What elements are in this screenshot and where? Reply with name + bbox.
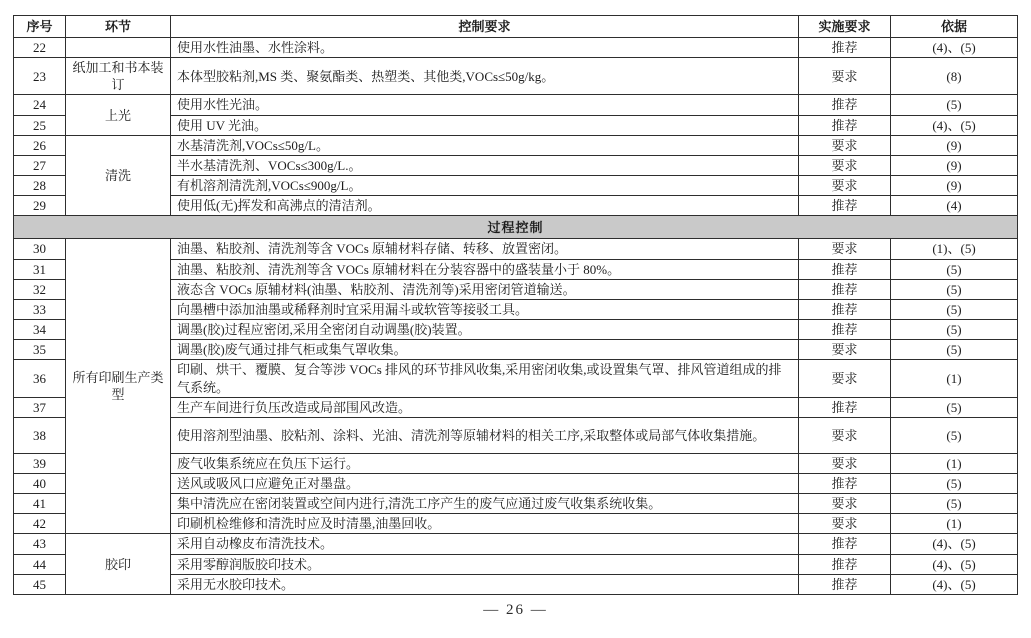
control-requirement-cell: 印刷、烘干、覆膜、复合等涉 VOCs 排风的环节排风收集,采用密闭收集,或设置集… (171, 360, 799, 397)
implementation-cell: 推荐 (799, 534, 891, 554)
control-requirement-cell: 采用无水胶印技术。 (171, 574, 799, 594)
control-requirement-cell: 使用水性油墨、水性涂料。 (171, 38, 799, 58)
implementation-cell: 推荐 (799, 279, 891, 299)
implementation-cell: 推荐 (799, 259, 891, 279)
control-requirement-cell: 使用溶剂型油墨、胶粘剂、涂料、光油、清洗剂等原辅材料的相关工序,采取整体或局部气… (171, 417, 799, 453)
control-requirement-cell: 使用水性光油。 (171, 95, 799, 115)
control-requirement-cell: 油墨、粘胶剂、清洗剂等含 VOCs 原辅材料存储、转移、放置密闭。 (171, 239, 799, 259)
implementation-cell: 推荐 (799, 95, 891, 115)
row-number-cell: 38 (14, 417, 66, 453)
row-number-cell: 22 (14, 38, 66, 58)
row-number-cell: 31 (14, 259, 66, 279)
header-row: 序号 环节 控制要求 实施要求 依据 (14, 16, 1018, 38)
control-requirement-cell: 油墨、粘胶剂、清洗剂等含 VOCs 原辅材料在分装容器中的盛装量小于 80%。 (171, 259, 799, 279)
implementation-cell: 推荐 (799, 115, 891, 135)
table-row: 24上光使用水性光油。推荐(5) (14, 95, 1018, 115)
basis-cell: (4)、(5) (891, 534, 1018, 554)
row-number-cell: 34 (14, 320, 66, 340)
control-requirement-cell: 使用 UV 光油。 (171, 115, 799, 135)
implementation-cell: 推荐 (799, 473, 891, 493)
control-requirement-cell: 印刷机检维修和清洗时应及时清墨,油墨回收。 (171, 514, 799, 534)
basis-cell: (5) (891, 299, 1018, 319)
page-number: — 26 — (0, 602, 1031, 619)
implementation-cell: 推荐 (799, 574, 891, 594)
basis-cell: (4)、(5) (891, 38, 1018, 58)
control-requirement-cell: 本体型胶粘剂,MS 类、聚氨酯类、热塑类、其他类,VOCs≤50g/kg。 (171, 58, 799, 95)
implementation-cell: 推荐 (799, 299, 891, 319)
basis-cell: (5) (891, 279, 1018, 299)
implementation-cell: 推荐 (799, 554, 891, 574)
control-requirement-cell: 调墨(胶)过程应密闭,采用全密闭自动调墨(胶)装置。 (171, 320, 799, 340)
table-row: 22使用水性油墨、水性涂料。推荐(4)、(5) (14, 38, 1018, 58)
implementation-cell: 要求 (799, 340, 891, 360)
control-requirement-cell: 废气收集系统应在负压下运行。 (171, 453, 799, 473)
row-number-cell: 28 (14, 176, 66, 196)
row-number-cell: 35 (14, 340, 66, 360)
row-number-cell: 24 (14, 95, 66, 115)
implementation-cell: 要求 (799, 360, 891, 397)
row-number-cell: 39 (14, 453, 66, 473)
basis-cell: (5) (891, 494, 1018, 514)
basis-cell: (4)、(5) (891, 554, 1018, 574)
implementation-cell: 要求 (799, 494, 891, 514)
column-header-implementation: 实施要求 (799, 16, 891, 38)
stage-cell (66, 38, 171, 58)
basis-cell: (9) (891, 155, 1018, 175)
column-header-serial: 序号 (14, 16, 66, 38)
basis-cell: (4)、(5) (891, 115, 1018, 135)
implementation-cell: 要求 (799, 155, 891, 175)
implementation-cell: 推荐 (799, 38, 891, 58)
implementation-cell: 推荐 (799, 320, 891, 340)
row-number-cell: 45 (14, 574, 66, 594)
row-number-cell: 41 (14, 494, 66, 514)
basis-cell: (1) (891, 360, 1018, 397)
table-row: 30所有印刷生产类型油墨、粘胶剂、清洗剂等含 VOCs 原辅材料存储、转移、放置… (14, 239, 1018, 259)
row-number-cell: 30 (14, 239, 66, 259)
control-requirement-cell: 调墨(胶)废气通过排气柜或集气罩收集。 (171, 340, 799, 360)
basis-cell: (5) (891, 320, 1018, 340)
document-page: 序号 环节 控制要求 实施要求 依据 22使用水性油墨、水性涂料。推荐(4)、(… (0, 0, 1031, 638)
control-requirement-cell: 液态含 VOCs 原辅材料(油墨、粘胶剂、清洗剂等)采用密闭管道输送。 (171, 279, 799, 299)
control-requirement-cell: 采用零醇润版胶印技术。 (171, 554, 799, 574)
column-header-control-requirement: 控制要求 (171, 16, 799, 38)
table-row: 23纸加工和书本装订本体型胶粘剂,MS 类、聚氨酯类、热塑类、其他类,VOCs≤… (14, 58, 1018, 95)
column-header-basis: 依据 (891, 16, 1018, 38)
control-requirement-cell: 使用低(无)挥发和高沸点的清洁剂。 (171, 196, 799, 216)
implementation-cell: 要求 (799, 417, 891, 453)
stage-cell: 上光 (66, 95, 171, 135)
basis-cell: (5) (891, 95, 1018, 115)
implementation-cell: 要求 (799, 58, 891, 95)
row-number-cell: 42 (14, 514, 66, 534)
row-number-cell: 26 (14, 135, 66, 155)
basis-cell: (5) (891, 417, 1018, 453)
implementation-cell: 要求 (799, 239, 891, 259)
basis-cell: (5) (891, 259, 1018, 279)
row-number-cell: 32 (14, 279, 66, 299)
basis-cell: (5) (891, 340, 1018, 360)
row-number-cell: 25 (14, 115, 66, 135)
implementation-cell: 推荐 (799, 397, 891, 417)
row-number-cell: 37 (14, 397, 66, 417)
implementation-cell: 要求 (799, 135, 891, 155)
control-requirement-cell: 集中清洗应在密闭装置或空间内进行,清洗工序产生的废气应通过废气收集系统收集。 (171, 494, 799, 514)
implementation-cell: 要求 (799, 176, 891, 196)
row-number-cell: 43 (14, 534, 66, 554)
stage-cell: 清洗 (66, 135, 171, 216)
basis-cell: (1) (891, 514, 1018, 534)
table-body: 22使用水性油墨、水性涂料。推荐(4)、(5)23纸加工和书本装订本体型胶粘剂,… (14, 38, 1018, 595)
row-number-cell: 29 (14, 196, 66, 216)
basis-cell: (4) (891, 196, 1018, 216)
basis-cell: (5) (891, 473, 1018, 493)
control-requirement-cell: 水基清洗剂,VOCs≤50g/L。 (171, 135, 799, 155)
stage-cell: 纸加工和书本装订 (66, 58, 171, 95)
implementation-cell: 要求 (799, 453, 891, 473)
table-row: 26清洗水基清洗剂,VOCs≤50g/L。要求(9) (14, 135, 1018, 155)
table-row: 43胶印采用自动橡皮布清洗技术。推荐(4)、(5) (14, 534, 1018, 554)
implementation-cell: 要求 (799, 514, 891, 534)
basis-cell: (8) (891, 58, 1018, 95)
basis-cell: (1)、(5) (891, 239, 1018, 259)
row-number-cell: 23 (14, 58, 66, 95)
basis-cell: (9) (891, 135, 1018, 155)
basis-cell: (5) (891, 397, 1018, 417)
stage-cell: 胶印 (66, 534, 171, 594)
control-requirement-cell: 生产车间进行负压改造或局部围风改造。 (171, 397, 799, 417)
column-header-stage: 环节 (66, 16, 171, 38)
control-requirement-cell: 采用自动橡皮布清洗技术。 (171, 534, 799, 554)
row-number-cell: 33 (14, 299, 66, 319)
control-requirement-cell: 向墨槽中添加油墨或稀释剂时宜采用漏斗或软管等接驳工具。 (171, 299, 799, 319)
row-number-cell: 44 (14, 554, 66, 574)
row-number-cell: 36 (14, 360, 66, 397)
basis-cell: (1) (891, 453, 1018, 473)
implementation-cell: 推荐 (799, 196, 891, 216)
basis-cell: (9) (891, 176, 1018, 196)
stage-cell: 所有印刷生产类型 (66, 239, 171, 534)
section-band-row: 过程控制 (14, 216, 1018, 239)
control-requirement-cell: 半水基清洗剂、VOCs≤300g/L.。 (171, 155, 799, 175)
row-number-cell: 40 (14, 473, 66, 493)
row-number-cell: 27 (14, 155, 66, 175)
control-requirement-cell: 送风或吸风口应避免正对墨盘。 (171, 473, 799, 493)
control-requirement-cell: 有机溶剂清洗剂,VOCs≤900g/L。 (171, 176, 799, 196)
section-band-label: 过程控制 (14, 216, 1018, 239)
basis-cell: (4)、(5) (891, 574, 1018, 594)
control-requirements-table: 序号 环节 控制要求 实施要求 依据 22使用水性油墨、水性涂料。推荐(4)、(… (13, 15, 1018, 595)
